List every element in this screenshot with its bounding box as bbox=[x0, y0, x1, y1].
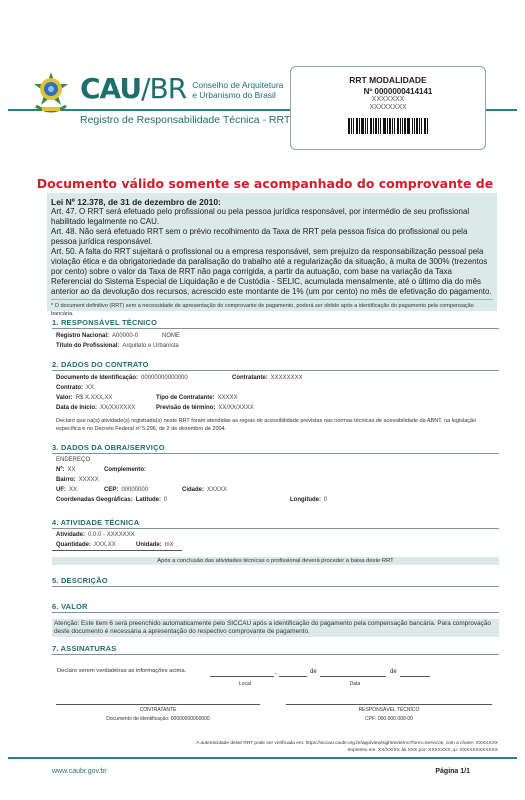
acessibilidade-declaracao: Declaro que na(s) atividade(s) registrad… bbox=[52, 417, 499, 433]
contrato-value: XX bbox=[86, 383, 94, 393]
day-line bbox=[279, 676, 307, 677]
cidade-value: XXXXX bbox=[207, 485, 227, 495]
cau-br-logo: CAU /BR Conselho de Arquitetura e Urbani… bbox=[80, 74, 287, 104]
brazil-coat-of-arms-icon bbox=[30, 70, 72, 116]
brand-cau: CAU bbox=[80, 74, 141, 104]
rrt-document-page: CAU /BR Conselho de Arquitetura e Urbani… bbox=[0, 0, 525, 800]
registro-value: A00000-0 bbox=[112, 331, 162, 341]
responsavel-signature-line bbox=[286, 704, 492, 705]
quantidade-row: Quantidade: XXX,XX Unidade: mX bbox=[52, 540, 182, 551]
section-7-title: 7. ASSINATURAS bbox=[52, 644, 499, 655]
authenticity-line-1: A autenticidade deste RRT pode ser verif… bbox=[196, 740, 498, 747]
header-subtitle: Registro de Responsabilidade Técnica - R… bbox=[80, 114, 290, 126]
rrt-modality-box: RRT MODALIDADE Nº 0000000414141 XXXXXXX … bbox=[290, 66, 486, 150]
section-descricao: 5. DESCRIÇÃO bbox=[52, 576, 499, 587]
valor-row: Valor: R$ X.XXX,XX Tipo de Contratante: … bbox=[52, 393, 499, 403]
footer-website-link[interactable]: www.caubr.gov.br bbox=[52, 768, 107, 775]
responsavel-caption: RESPONSÁVEL TÉCNICO bbox=[286, 707, 492, 713]
month-line bbox=[320, 676, 386, 677]
law-box: Lei Nº 12.378, de 31 de dezembro de 2010… bbox=[47, 193, 497, 311]
section-valor: 6. VALOR Atenção: Este item 6 será preen… bbox=[52, 602, 499, 637]
footer-divider bbox=[8, 757, 517, 759]
year-line bbox=[400, 676, 430, 677]
brand-sub-line2: e Urbanismo do Brasil bbox=[192, 90, 276, 100]
termino-value: XX/XX/XXXX bbox=[218, 403, 253, 413]
numero-row: Nº: XX Complemento: bbox=[52, 465, 499, 475]
local-line bbox=[210, 676, 274, 677]
longitude-value: 0 bbox=[324, 495, 327, 505]
endereco-row: ENDEREÇO bbox=[52, 455, 499, 465]
unidade-value: mX bbox=[165, 540, 174, 550]
bairro-label: Bairro: bbox=[56, 475, 76, 485]
uf-cep-cidade-row: UF: XX CEP: 00000000 Cidade: XXXXX bbox=[52, 485, 499, 495]
page-number: Página 1/1 bbox=[435, 768, 470, 775]
numero-value: XX bbox=[68, 465, 76, 475]
contrato-label: Contrato: bbox=[56, 383, 83, 393]
barcode-icon bbox=[348, 118, 428, 134]
authenticity-note: A autenticidade deste RRT pode ser verif… bbox=[196, 740, 498, 754]
endereco-value: ENDEREÇO bbox=[56, 455, 90, 465]
contratante-document: Documento de identificação: 000000000000… bbox=[56, 716, 260, 722]
rrt-line-1: XXXXXXX bbox=[291, 96, 485, 104]
section-3-title: 3. DADOS DA OBRA/SERVIÇO bbox=[52, 443, 499, 454]
contratante-signature-line bbox=[56, 704, 260, 705]
section-4-title: 4. ATIVIDADE TÉCNICA bbox=[52, 518, 499, 529]
complemento-label: Complemento: bbox=[104, 465, 146, 475]
rrt-modality-title: RRT MODALIDADE bbox=[291, 75, 485, 85]
printed-info-line: Impresso em: XX/XX/XX às XXX por: XXXXXX… bbox=[196, 747, 498, 754]
section-1-title: 1. RESPONSÁVEL TÉCNICO bbox=[52, 318, 499, 329]
contratante-value: XXXXXXXX bbox=[271, 373, 303, 383]
bairro-row: Bairro: XXXXX bbox=[52, 475, 499, 485]
uf-label: UF: bbox=[56, 485, 66, 495]
tipo-contratante-label: Tipo de Contratante: bbox=[156, 393, 215, 403]
law-art-50: Art. 50. A falta do RRT sujeitará o prof… bbox=[51, 247, 493, 297]
section-atividade-tecnica: 4. ATIVIDADE TÉCNICA Atividade: 0.0.0 - … bbox=[52, 518, 499, 565]
de-label-1: de bbox=[310, 669, 317, 675]
registro-label: Registro Nacional: bbox=[56, 331, 109, 341]
rrt-number: Nº 0000000414141 bbox=[291, 87, 485, 96]
documento-label: Documento de Identificação: bbox=[56, 373, 138, 383]
valor-label: Valor: bbox=[56, 393, 73, 403]
brand-sub-line1: Conselho de Arquitetura bbox=[192, 80, 283, 90]
cep-label: CEP: bbox=[104, 485, 118, 495]
section-2-title: 2. DADOS DO CONTRATO bbox=[52, 360, 499, 371]
tipo-contratante-value: XXXXX bbox=[218, 393, 238, 403]
longitude-label: Longitude: bbox=[290, 495, 321, 505]
brand-subtitle: Conselho de Arquitetura e Urbanismo do B… bbox=[192, 80, 283, 104]
quantidade-value: XXX,XX bbox=[94, 540, 116, 550]
documento-row: Documento de Identificação: 000000000000… bbox=[52, 373, 499, 383]
titulo-row: Título do Profissional: Arquiteto e Urba… bbox=[52, 341, 499, 351]
section-dados-obra: 3. DADOS DA OBRA/SERVIÇO ENDEREÇO Nº: XX… bbox=[52, 443, 499, 505]
inicio-value: XX/XX/XXXX bbox=[100, 403, 135, 413]
atividade-value: 0.0.0 - XXXXXXX bbox=[88, 530, 135, 540]
section-responsavel-tecnico: 1. RESPONSÁVEL TÉCNICO Registro Nacional… bbox=[52, 318, 499, 351]
data-caption: Data bbox=[335, 681, 375, 687]
titulo-label: Título do Profissional: bbox=[56, 341, 119, 351]
baixa-notice: Após a conclusão das atividades técnicas… bbox=[52, 557, 499, 565]
titulo-value: Arquiteto e Urbanista bbox=[122, 341, 178, 351]
cidade-label: Cidade: bbox=[182, 485, 204, 495]
uf-value: XX bbox=[69, 485, 77, 495]
contrato-row: Contrato: XX bbox=[52, 383, 499, 393]
valor-value: R$ X.XXX,XX bbox=[76, 393, 113, 403]
responsavel-cpf: CPF: 000.000.000-00 bbox=[286, 716, 492, 722]
local-caption: Local bbox=[225, 681, 265, 687]
contratante-label: Contratante: bbox=[232, 373, 268, 383]
latitude-value: 0 bbox=[164, 495, 167, 505]
atividade-label: Atividade: bbox=[56, 530, 85, 540]
documento-value: 00000000000000 bbox=[141, 373, 188, 383]
registro-row: Registro Nacional: A00000-0 NOME bbox=[52, 331, 499, 341]
law-art-47: Art. 47. O RRT será efetuado pelo profis… bbox=[51, 207, 493, 227]
valor-attention: Atenção: Este item 6 será preenchido aut… bbox=[52, 619, 499, 637]
termino-label: Previsão de término: bbox=[156, 403, 215, 413]
nome-value: NOME bbox=[162, 331, 180, 341]
brand-br: /BR bbox=[141, 74, 186, 104]
law-title: Lei Nº 12.378, de 31 de dezembro de 2010… bbox=[51, 197, 493, 207]
rrt-line-2: XXXXXXXX bbox=[291, 104, 485, 112]
atividade-row: Atividade: 0.0.0 - XXXXXXX bbox=[52, 530, 499, 540]
cep-value: 00000000 bbox=[121, 485, 148, 495]
numero-label: Nº: bbox=[56, 465, 65, 475]
coordenadas-label: Coordenadas Geográficas: bbox=[56, 495, 133, 505]
de-label-2: de bbox=[390, 669, 397, 675]
declaro-text: Declaro serem verdadeiras as informações… bbox=[57, 668, 186, 674]
quantidade-label: Quantidade: bbox=[56, 540, 91, 550]
comma-separator: , bbox=[275, 670, 277, 676]
section-5-title: 5. DESCRIÇÃO bbox=[52, 576, 499, 587]
section-dados-contrato: 2. DADOS DO CONTRATO Documento de Identi… bbox=[52, 360, 499, 433]
section-assinaturas: 7. ASSINATURAS bbox=[52, 644, 499, 655]
datas-row: Data de Início: XX/XX/XXXX Previsão de t… bbox=[52, 403, 499, 413]
coordenadas-row: Coordenadas Geográficas: Latitude: 0 Lon… bbox=[52, 495, 499, 505]
inicio-label: Data de Início: bbox=[56, 403, 97, 413]
document-header: CAU /BR Conselho de Arquitetura e Urbani… bbox=[0, 62, 525, 162]
latitude-label: Latitude: bbox=[136, 495, 161, 505]
unidade-label: Unidade: bbox=[136, 540, 162, 550]
section-6-title: 6. VALOR bbox=[52, 602, 499, 613]
law-art-48: Art. 48. Não será efetuado RRT sem o pré… bbox=[51, 227, 493, 247]
law-note: * O document definitivo (RRT) sem a nece… bbox=[51, 299, 493, 318]
contratante-caption: CONTRATANTE bbox=[56, 707, 260, 713]
bairro-value: XXXXX bbox=[79, 475, 99, 485]
